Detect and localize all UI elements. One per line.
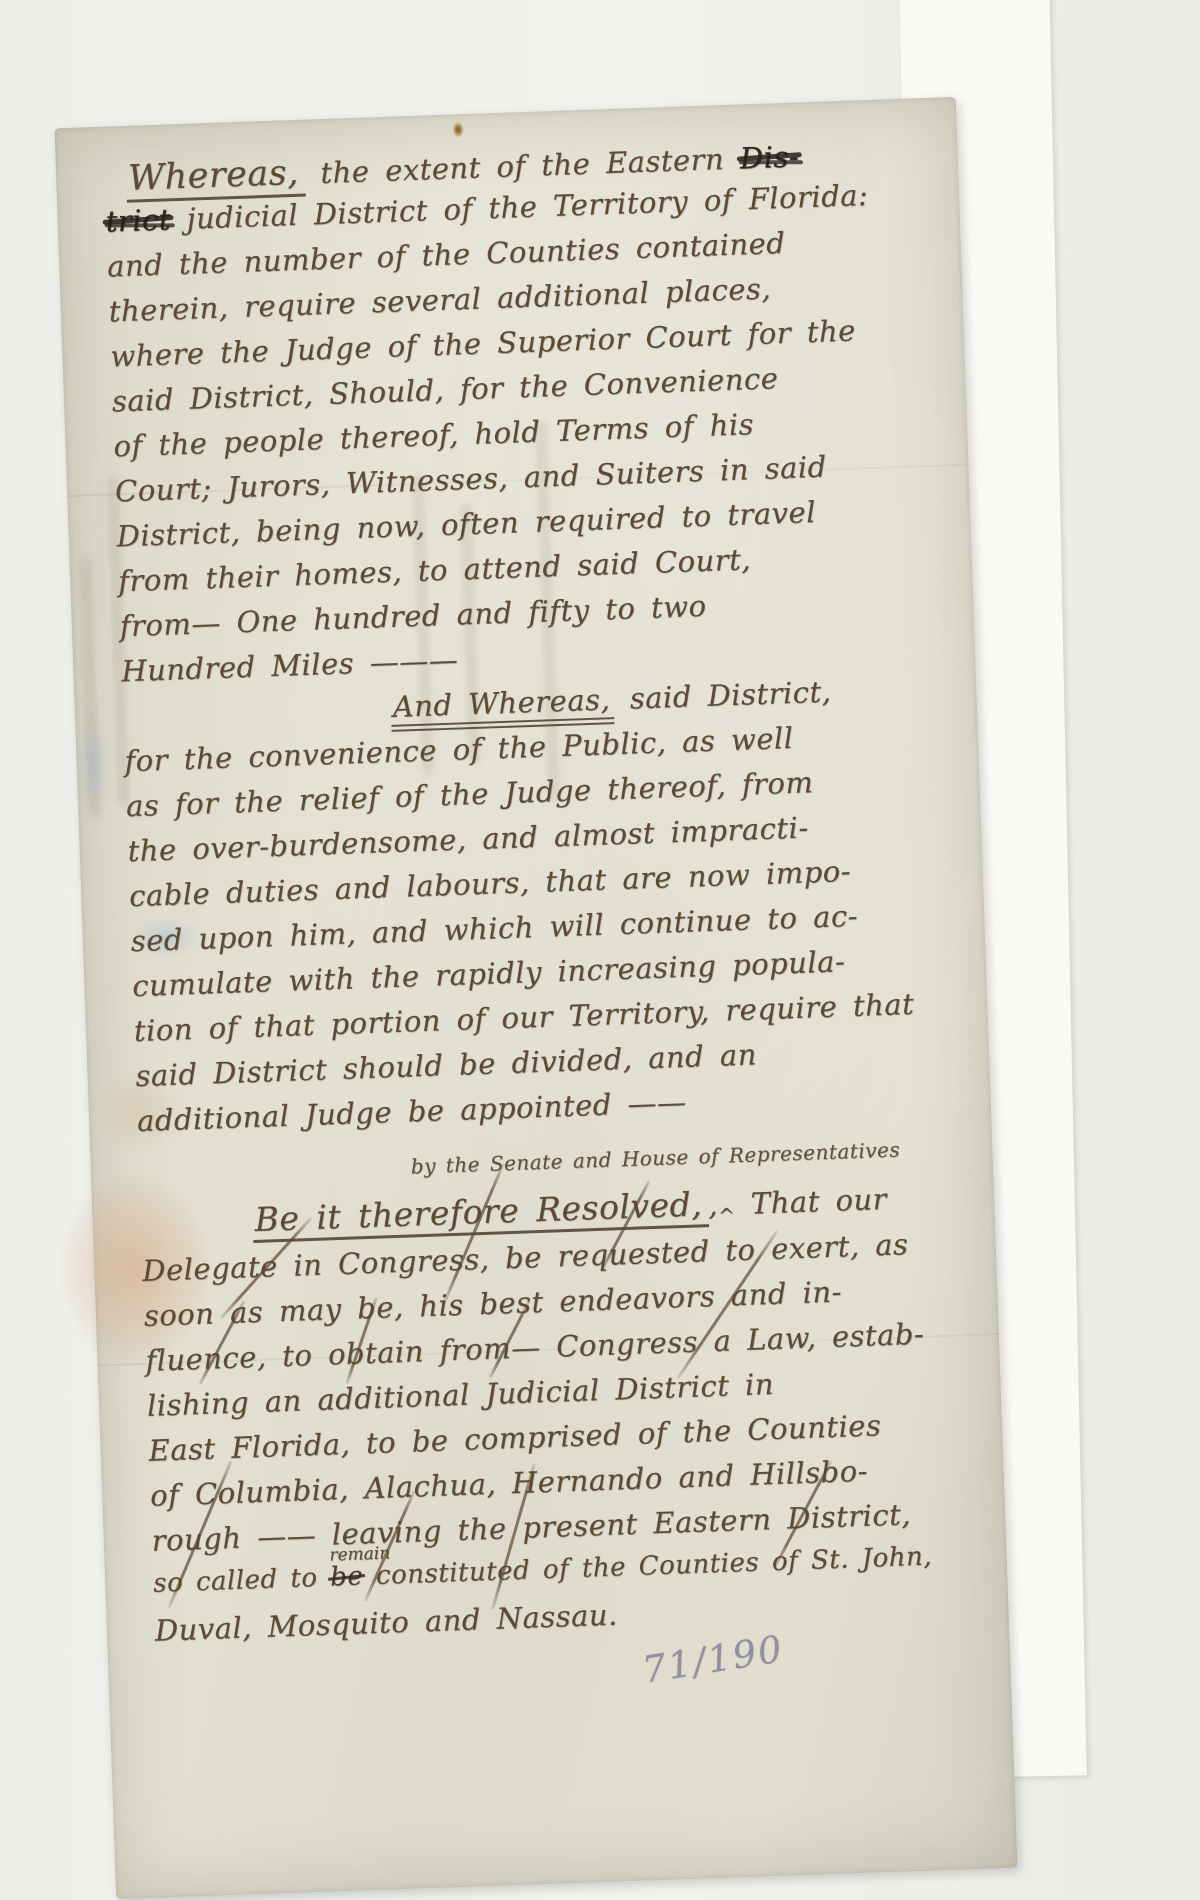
blue-stain <box>75 707 113 818</box>
handwritten-text: said District, <box>613 675 831 717</box>
handwritten-text: by the Senate and House of Representativ… <box>410 1137 900 1178</box>
interlined-word: remain <box>329 1543 390 1565</box>
underlined-phrase: And Whereas, <box>390 682 615 732</box>
ink-spot <box>452 122 464 137</box>
manuscript-page: Whereas, the extent of the Eastern Dis-t… <box>54 97 1017 1899</box>
underlined-phrase: Whereas, <box>125 153 305 203</box>
insertion-caret: ^ <box>718 1203 736 1228</box>
crossed-out-word: trict <box>105 202 171 238</box>
manuscript-text: Whereas, the extent of the Eastern Dis-t… <box>103 131 979 1659</box>
handwritten-text: so called to <box>153 1563 331 1599</box>
handwritten-text: the extent of the Eastern <box>304 141 740 190</box>
handwritten-text: That our <box>735 1182 888 1221</box>
handwritten-text: , <box>708 1188 719 1222</box>
crossed-out-word: beremain <box>330 1561 364 1592</box>
crossed-out-word: Dis- <box>739 139 799 175</box>
